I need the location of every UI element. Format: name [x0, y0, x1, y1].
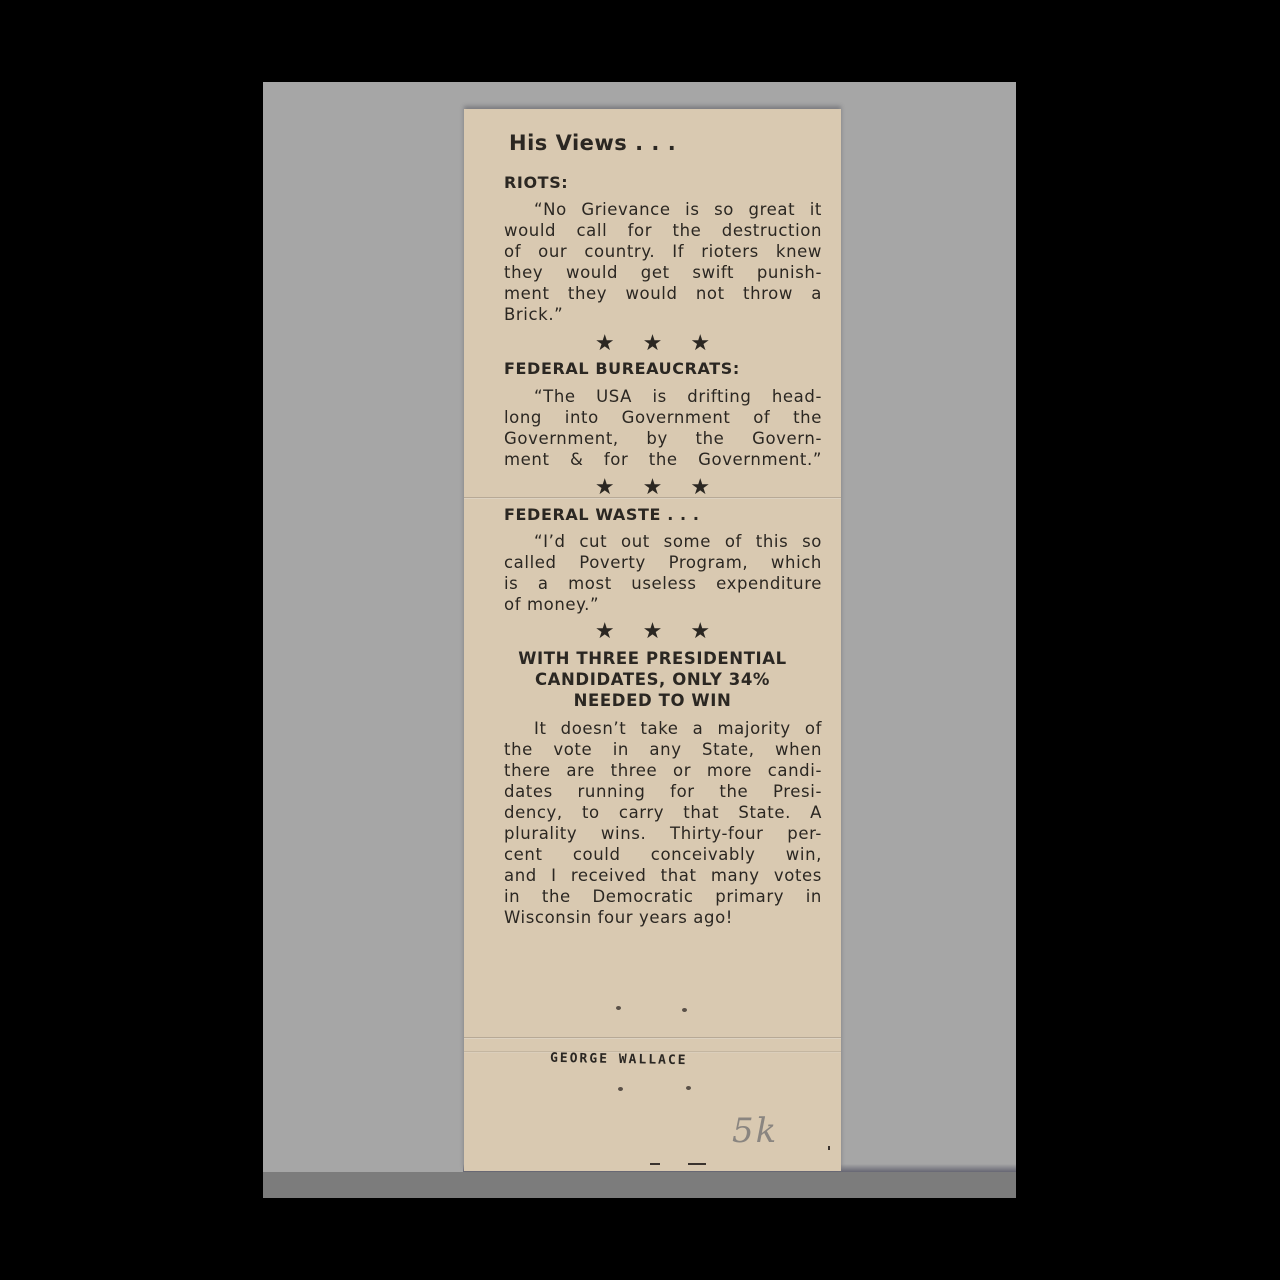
body-line: the vote in any State, when — [504, 739, 822, 760]
staple-hole — [618, 1087, 623, 1091]
body-line: cent could conceivably win, — [504, 844, 822, 865]
print-mark — [688, 1163, 706, 1165]
quote-line: “No Grievance is so great it — [504, 199, 822, 220]
matchbook-cover: His Views . . . RIOTS: “No Grievance is … — [464, 109, 841, 1171]
quote-line: called Poverty Program, which — [504, 552, 822, 573]
quote-line: of our country. If rioters knew — [504, 241, 822, 262]
headline: WITH THREE PRESIDENTIAL CANDIDATES, ONLY… — [464, 648, 841, 711]
quote-line: of money.” — [504, 594, 822, 615]
fold-line — [464, 1037, 841, 1039]
section-heading-waste: FEDERAL WASTE . . . — [504, 505, 700, 524]
body-text: It doesn’t take a majority of the vote i… — [504, 718, 822, 928]
body-line: It doesn’t take a majority of — [504, 718, 822, 739]
body-line: plurality wins. Thirty-four per- — [504, 823, 822, 844]
body-line: there are three or more candi- — [504, 760, 822, 781]
quote-riots: “No Grievance is so great it would call … — [504, 199, 822, 325]
quote-line: they would get swift punish- — [504, 262, 822, 283]
star-separator: ★★★ — [464, 619, 841, 644]
quote-line: would call for the destruction — [504, 220, 822, 241]
headline-line: NEEDED TO WIN — [464, 690, 841, 711]
star-separator: ★★★ — [464, 475, 841, 500]
body-line: and I received that many votes — [504, 865, 822, 886]
print-mark — [650, 1163, 660, 1165]
quote-line: “I’d cut out some of this so — [504, 531, 822, 552]
quote-line: long into Government of the — [504, 407, 822, 428]
headline-line: CANDIDATES, ONLY 34% — [464, 669, 841, 690]
quote-line: “The USA is drifting head- — [504, 386, 822, 407]
staple-hole — [682, 1008, 687, 1012]
body-line: in the Democratic primary in — [504, 886, 822, 907]
body-line: Wisconsin four years ago! — [504, 907, 822, 928]
quote-line: Brick.” — [504, 304, 822, 325]
quote-line: Government, by the Govern- — [504, 428, 822, 449]
section-heading-riots: RIOTS: — [504, 173, 568, 192]
body-line: dency, to carry that State. A — [504, 802, 822, 823]
staple-hole — [686, 1086, 691, 1090]
background-bottom-band — [263, 1172, 1016, 1198]
handwritten-label: GEORGE WALLACE — [550, 1051, 688, 1068]
quote-line: ment they would not throw a — [504, 283, 822, 304]
pencil-mark: 5k — [732, 1111, 778, 1151]
print-mark — [828, 1146, 830, 1150]
section-heading-bureaucrats: FEDERAL BUREAUCRATS: — [504, 359, 740, 378]
star-separator: ★★★ — [464, 331, 841, 356]
quote-line: is a most useless expenditure — [504, 573, 822, 594]
body-line: dates running for the Presi- — [504, 781, 822, 802]
title: His Views . . . — [509, 131, 676, 155]
headline-line: WITH THREE PRESIDENTIAL — [464, 648, 841, 669]
quote-line: ment & for the Government.” — [504, 449, 822, 470]
quote-waste: “I’d cut out some of this so called Pove… — [504, 531, 822, 615]
quote-bureaucrats: “The USA is drifting head- long into Gov… — [504, 386, 822, 470]
staple-hole — [616, 1006, 621, 1010]
